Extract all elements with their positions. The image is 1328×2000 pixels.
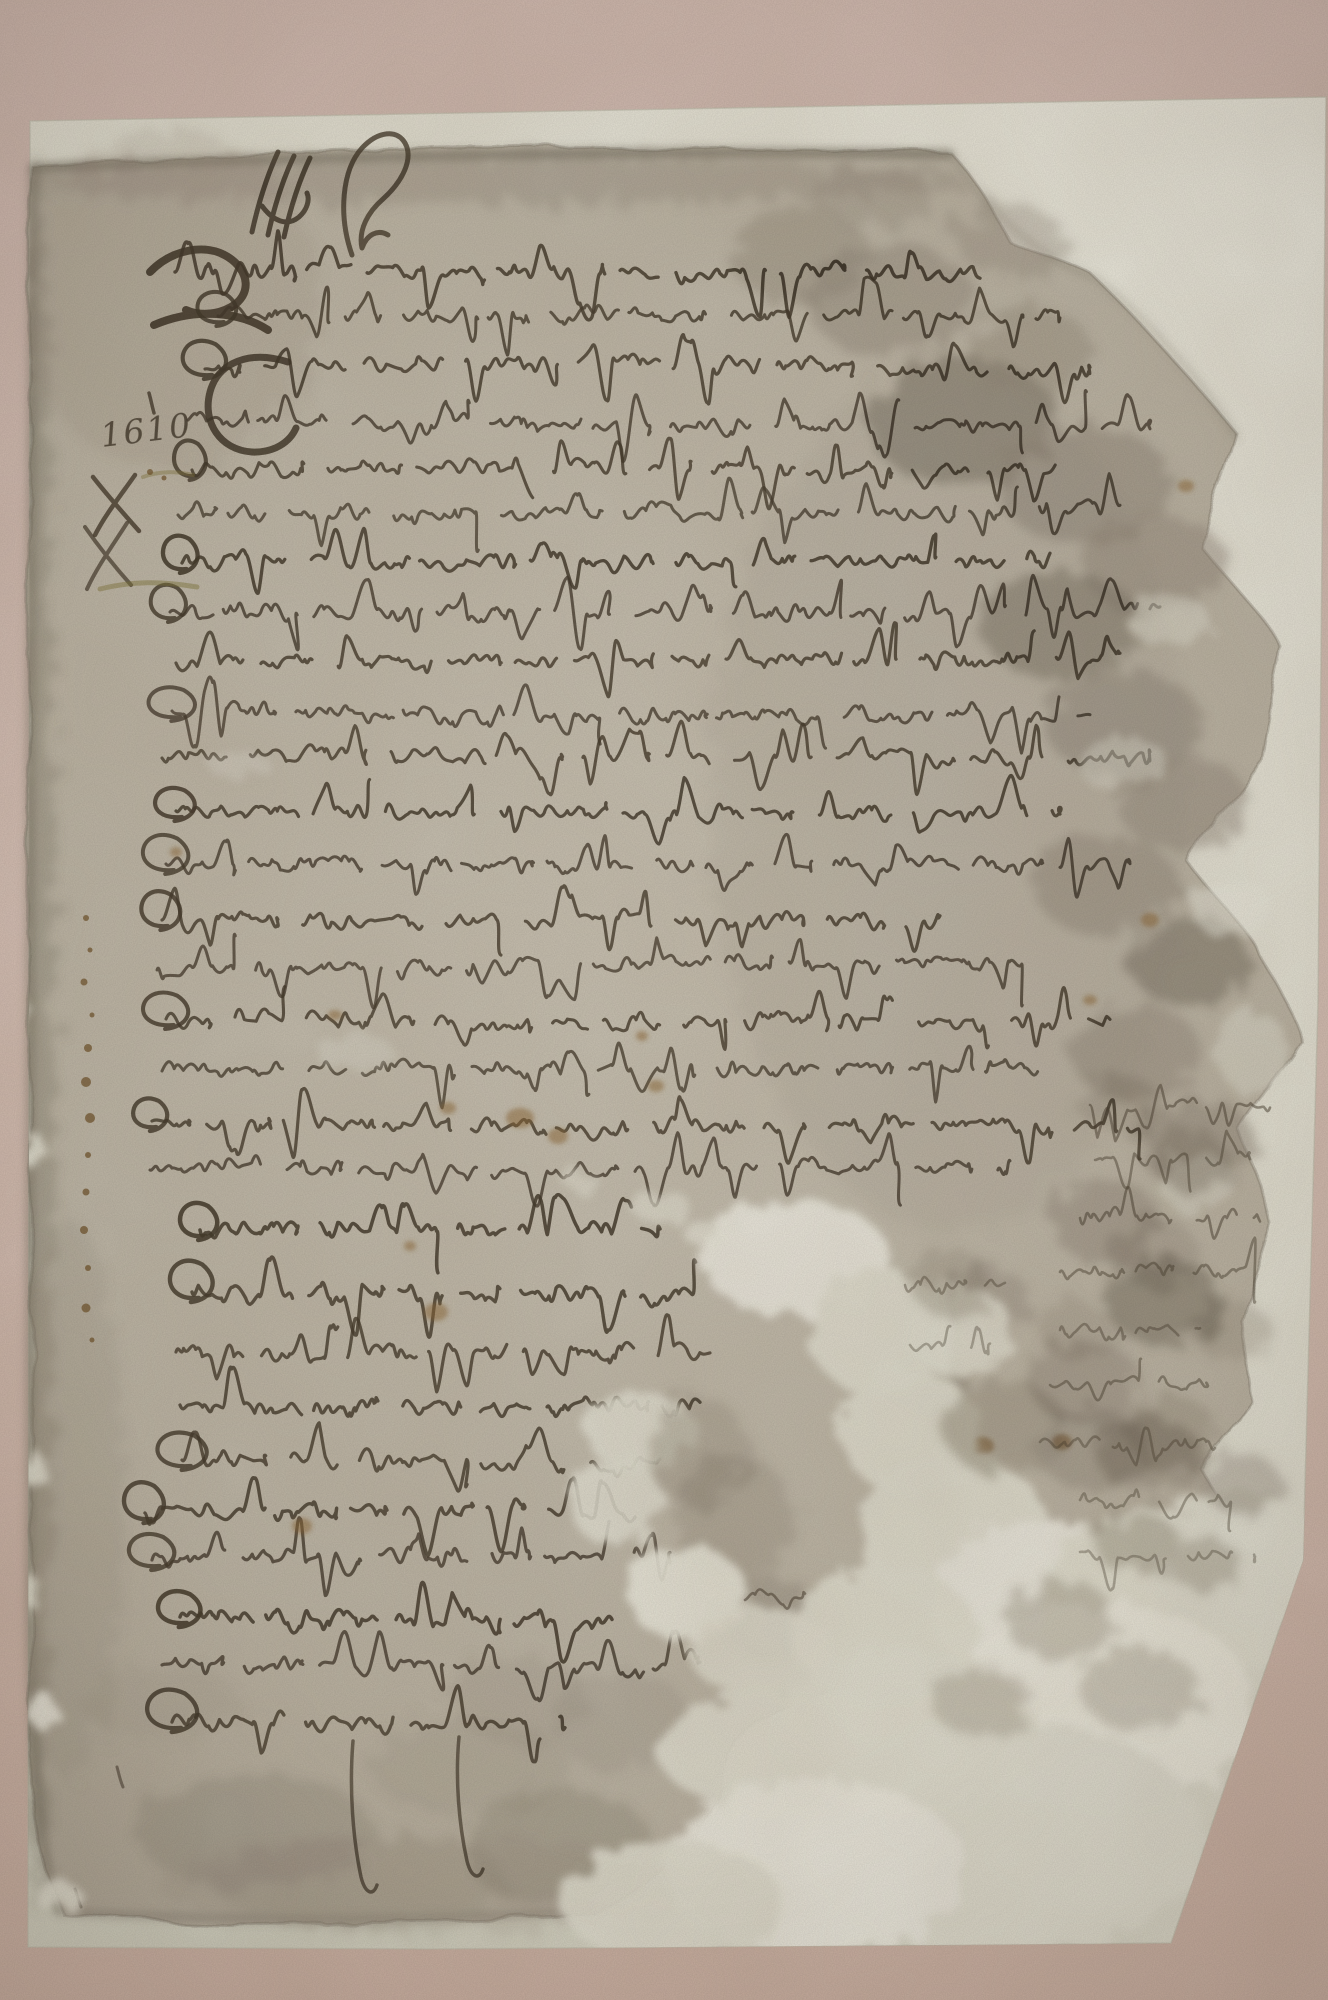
- photo-vignette: [0, 0, 1328, 2000]
- manuscript-scene: 1610: [0, 0, 1328, 2000]
- manuscript-photograph: 1610: [0, 0, 1328, 2000]
